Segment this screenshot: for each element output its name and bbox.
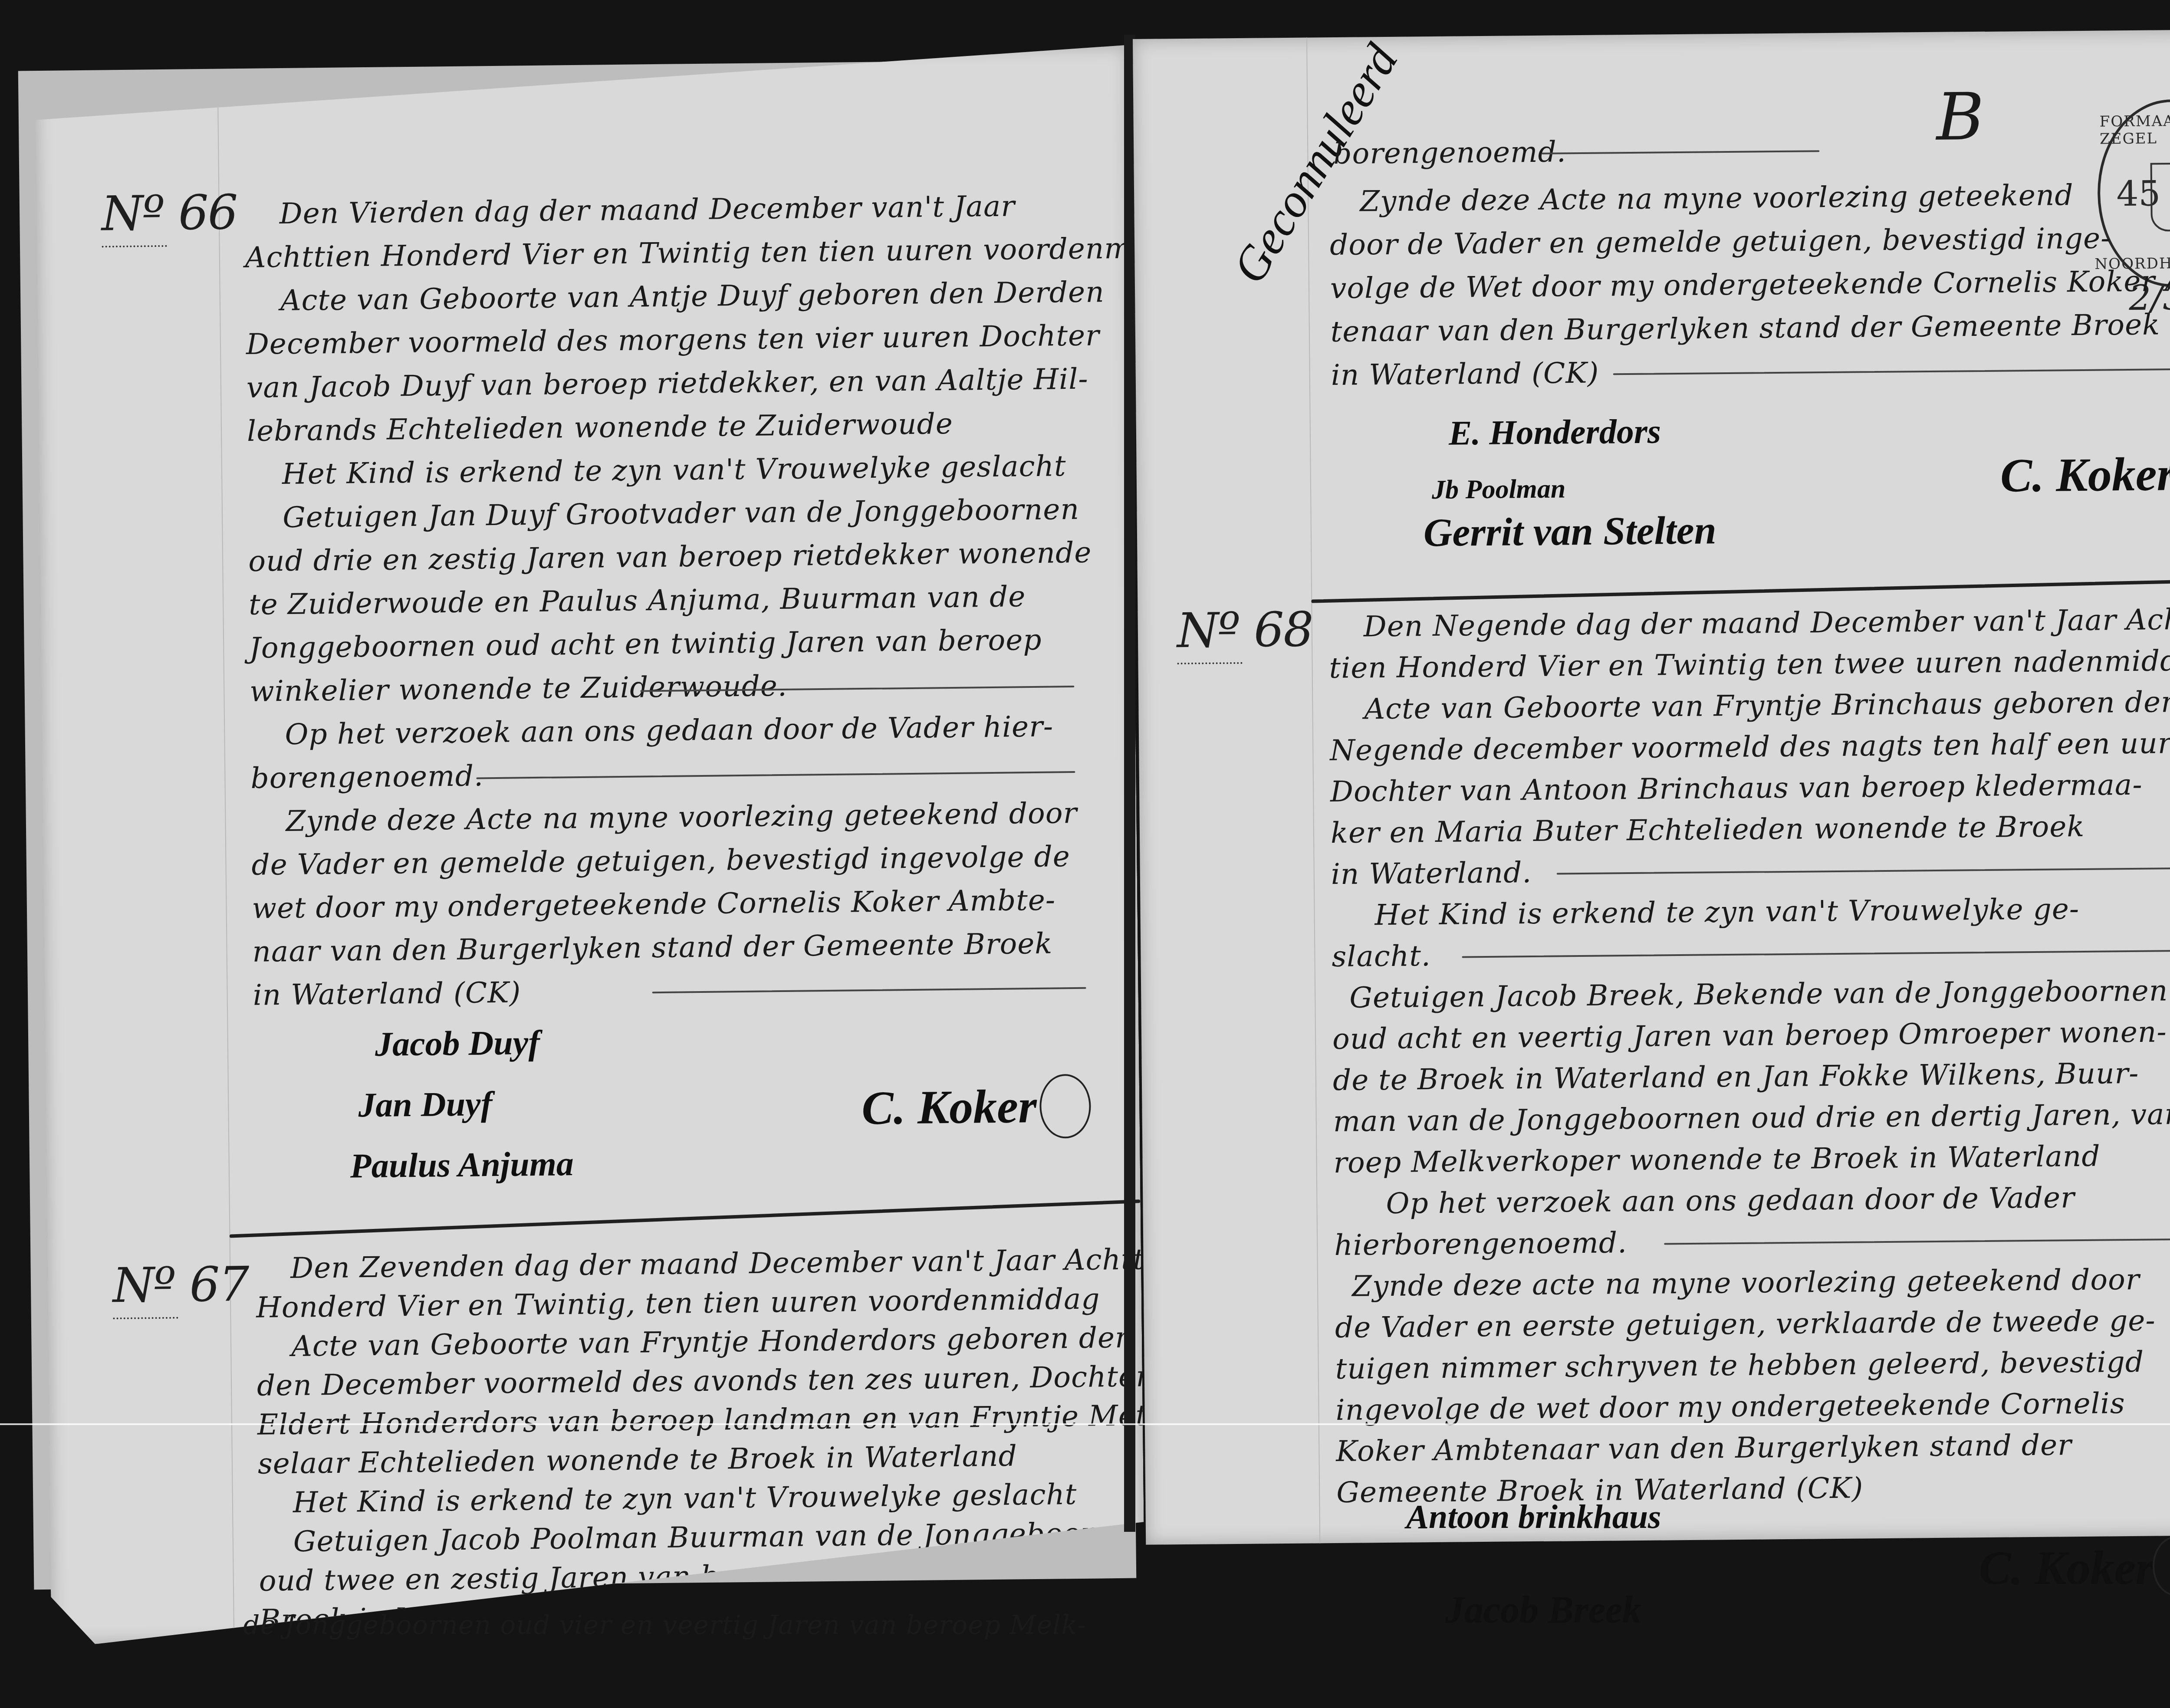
entry-line: Op het verzoek aan ons gedaan door de Va…	[285, 710, 1053, 752]
entry-line: de Jonggeboornen oud vier en veertig Jar…	[243, 1610, 1086, 1640]
entry-line: van Jacob Duyf van beroep rietdekker, en…	[247, 362, 1088, 404]
entry-line: Jonggeboornen oud acht en twintig Jaren …	[249, 623, 1042, 665]
entry-line: Het Kind is erkend te zyn van't Vrouwely…	[282, 449, 1066, 491]
line-filler	[1462, 949, 2170, 958]
entry-line: Zynde deze Acte na myne voorlezing getee…	[1360, 178, 2074, 218]
left-page: " Nº 66 Den Vierden dag der maand Decemb…	[35, 45, 1145, 1645]
entry-number-67: Nº 67	[112, 1256, 249, 1319]
entry-line: Zynde deze Acte na myne voorlezing getee…	[286, 796, 1077, 838]
entry-line: ker en Maria Buter Echtelieden wonende t…	[1331, 810, 2085, 850]
book-gutter	[1124, 35, 1135, 1532]
margin-rule	[217, 55, 234, 1643]
signature-jacob-duyf: Jacob Duyf	[375, 1023, 540, 1064]
signature-flourish	[2153, 1536, 2170, 1596]
entry-number-66: Nº 66	[101, 184, 237, 247]
entry-line: Dochter van Antoon Brinchaus van beroep …	[1330, 768, 2143, 808]
entry-line: Den Negende dag der maand December van't…	[1363, 603, 2170, 644]
entry-line: Getuigen Jan Duyf Grootvader van de Jong…	[283, 493, 1080, 534]
entry-line: Den Zevenden dag der maand December van'…	[290, 1242, 1191, 1285]
entry-line: oud drie en zestig Jaren van beroep riet…	[248, 536, 1092, 578]
signature-poolman: Jb Poolman	[1432, 473, 1566, 506]
entry-line: selaar Echtelieden wonende te Broek in W…	[258, 1439, 1018, 1480]
signature-flourish	[1039, 1074, 1092, 1139]
entry-line: Het Kind is erkend te zyn van't Vrouwely…	[1374, 892, 2079, 932]
entry-line: oud acht en veertig Jaren van beroep Omr…	[1332, 1015, 2167, 1056]
entry-line: winkelier wonende te Zuiderwoude.	[250, 669, 787, 708]
entry-line: tien Honderd Vier en Twintig ten twee uu…	[1329, 644, 2170, 685]
entry-separator	[1311, 578, 2170, 603]
entry-line: tenaar van den Burgerlyken stand der Gem…	[1331, 308, 2160, 348]
entry-line: in Waterland (CK)	[1331, 356, 1599, 392]
entry-line: in Waterland (CK)	[253, 976, 521, 1012]
entry-line: ingevolge de wet door my ondergeteekende…	[1335, 1386, 2125, 1427]
entry-66-text: Den Vierden dag der maand December van't…	[35, 45, 1128, 56]
entry-line: Eldert Honderdors van beroep landman en …	[257, 1399, 1158, 1442]
crown-crest-icon	[2150, 163, 2170, 232]
entry-line: de te Broek in Waterland en Jan Fokke Wi…	[1333, 1057, 2139, 1097]
paper-crease	[0, 1423, 2170, 1425]
signature-jan-duyf: Jan Duyf	[358, 1084, 493, 1125]
signature-jacob-breek: Jacob Breek	[1445, 1588, 1641, 1632]
line-filler	[476, 771, 1075, 779]
formaat-zegel-stamp: FORMAAT-ZEGEL 45 C. NOORDHOLLAND.	[2097, 99, 2170, 288]
line-filler	[1613, 368, 2170, 375]
entry-separator	[230, 1199, 1141, 1238]
entry-line: Acte van Geboorte van Fryntje Honderdors…	[291, 1320, 1207, 1363]
entry-line: Acte van Geboorte van Fryntje Brinchaus …	[1364, 685, 2170, 726]
signature-gerrit-van-stelten: Gerrit van Stelten	[1423, 507, 1716, 555]
margin-rule	[1306, 37, 1320, 1543]
entry-line: door de Vader en gemelde getuigen, beves…	[1330, 221, 2111, 262]
entry-line: man van de Jonggeboornen oud drie en der…	[1333, 1097, 2170, 1138]
signature-official-koker: C. Koker	[2000, 447, 2170, 503]
line-filler	[652, 987, 1086, 993]
entry-number-68: Nº 68	[1177, 601, 1313, 664]
entry-line: de Vader en eerste getuigen, verklaarde …	[1335, 1304, 2156, 1344]
entry-line: Zynde deze acte na myne voorlezing getee…	[1352, 1263, 2140, 1303]
entry-line: volge de Wet door my ondergeteekende Cor…	[1330, 264, 2170, 305]
signature-antoon-brinkhaus: Antoon brinkhaus	[1406, 1497, 1661, 1536]
entry-line: Honderd Vier en Twintig, ten tien uuren …	[256, 1282, 1100, 1324]
entry-line: Koker Ambtenaar van den Burgerlyken stan…	[1336, 1428, 2072, 1468]
entry-68-text: Den Negende dag der maand December van't…	[1133, 29, 2170, 39]
right-page: Geconnuleerd B 2/3 FORMAAT-ZEGEL 45 C. N…	[1133, 29, 2170, 1545]
entry-line: de Vader en gemelde getuigen, bevestigd …	[251, 840, 1070, 882]
entry-line: tuigen nimmer schryven te hebben geleerd…	[1335, 1345, 2144, 1386]
signature-official-koker: C. Koker	[1979, 1540, 2154, 1596]
entry-67-text: Den Zevenden dag der maand December van'…	[35, 45, 1128, 56]
entry-line: naar van den Burgerlyken stand der Gemee…	[252, 927, 1052, 969]
entry-line: te Zuiderwoude en Paulus Anjuma, Buurman…	[249, 580, 1026, 621]
register-scan: " Nº 66 Den Vierden dag der maand Decemb…	[0, 0, 2170, 1708]
line-filler	[1664, 1238, 2170, 1245]
entry-line: Achttien Honderd Vier en Twintig ten tie…	[245, 231, 1215, 274]
entry-line: Negende december voormeld des nagts ten …	[1330, 726, 2170, 767]
entry-line: in Waterland.	[1331, 856, 1532, 891]
entry-line: den December voormeld des avonds ten zes…	[257, 1359, 1213, 1403]
line-filler	[1557, 867, 2170, 875]
entry-line: December voormeld des morgens ten vier u…	[246, 319, 1100, 361]
entry-line: Acte van Geboorte van Antje Duyf geboren…	[280, 275, 1105, 317]
entry-line: borengenoemd.	[1333, 135, 1566, 171]
entry-67-continuation: borengenoemd. Zynde deze Acte na myne vo…	[1133, 29, 2170, 39]
entry-line: slacht.	[1332, 939, 1431, 973]
stamp-top-text: FORMAAT-ZEGEL	[2100, 112, 2170, 148]
page-mark: B	[1936, 79, 1985, 155]
entry-line: hierborengenoemd.	[1334, 1226, 1627, 1262]
signature-official-koker: C. Koker	[861, 1079, 1037, 1136]
entry-line: Het Kind is erkend te zyn van't Vrouwely…	[293, 1478, 1077, 1519]
line-filler	[1542, 150, 1819, 154]
entry-line: borengenoemd.	[250, 759, 483, 795]
entry-line: lebrands Echtelieden wonende te Zuiderwo…	[247, 407, 953, 448]
entry-line: wet door my ondergeteekende Cornelis Kok…	[252, 883, 1055, 925]
entry-line: roep Melkverkoper wonende te Broek in Wa…	[1333, 1140, 2101, 1179]
signature-honderdors: E. Honderdors	[1449, 412, 1661, 453]
signature-paulus-anjuma: Paulus Anjuma	[350, 1144, 574, 1186]
entry-line: Getuigen Jacob Breek, Bekende van de Jon…	[1349, 974, 2168, 1014]
entry-line: Op het verzoek aan ons gedaan door de Va…	[1386, 1181, 2075, 1220]
entry-line: Den Vierden dag der maand December van't…	[279, 189, 1015, 230]
